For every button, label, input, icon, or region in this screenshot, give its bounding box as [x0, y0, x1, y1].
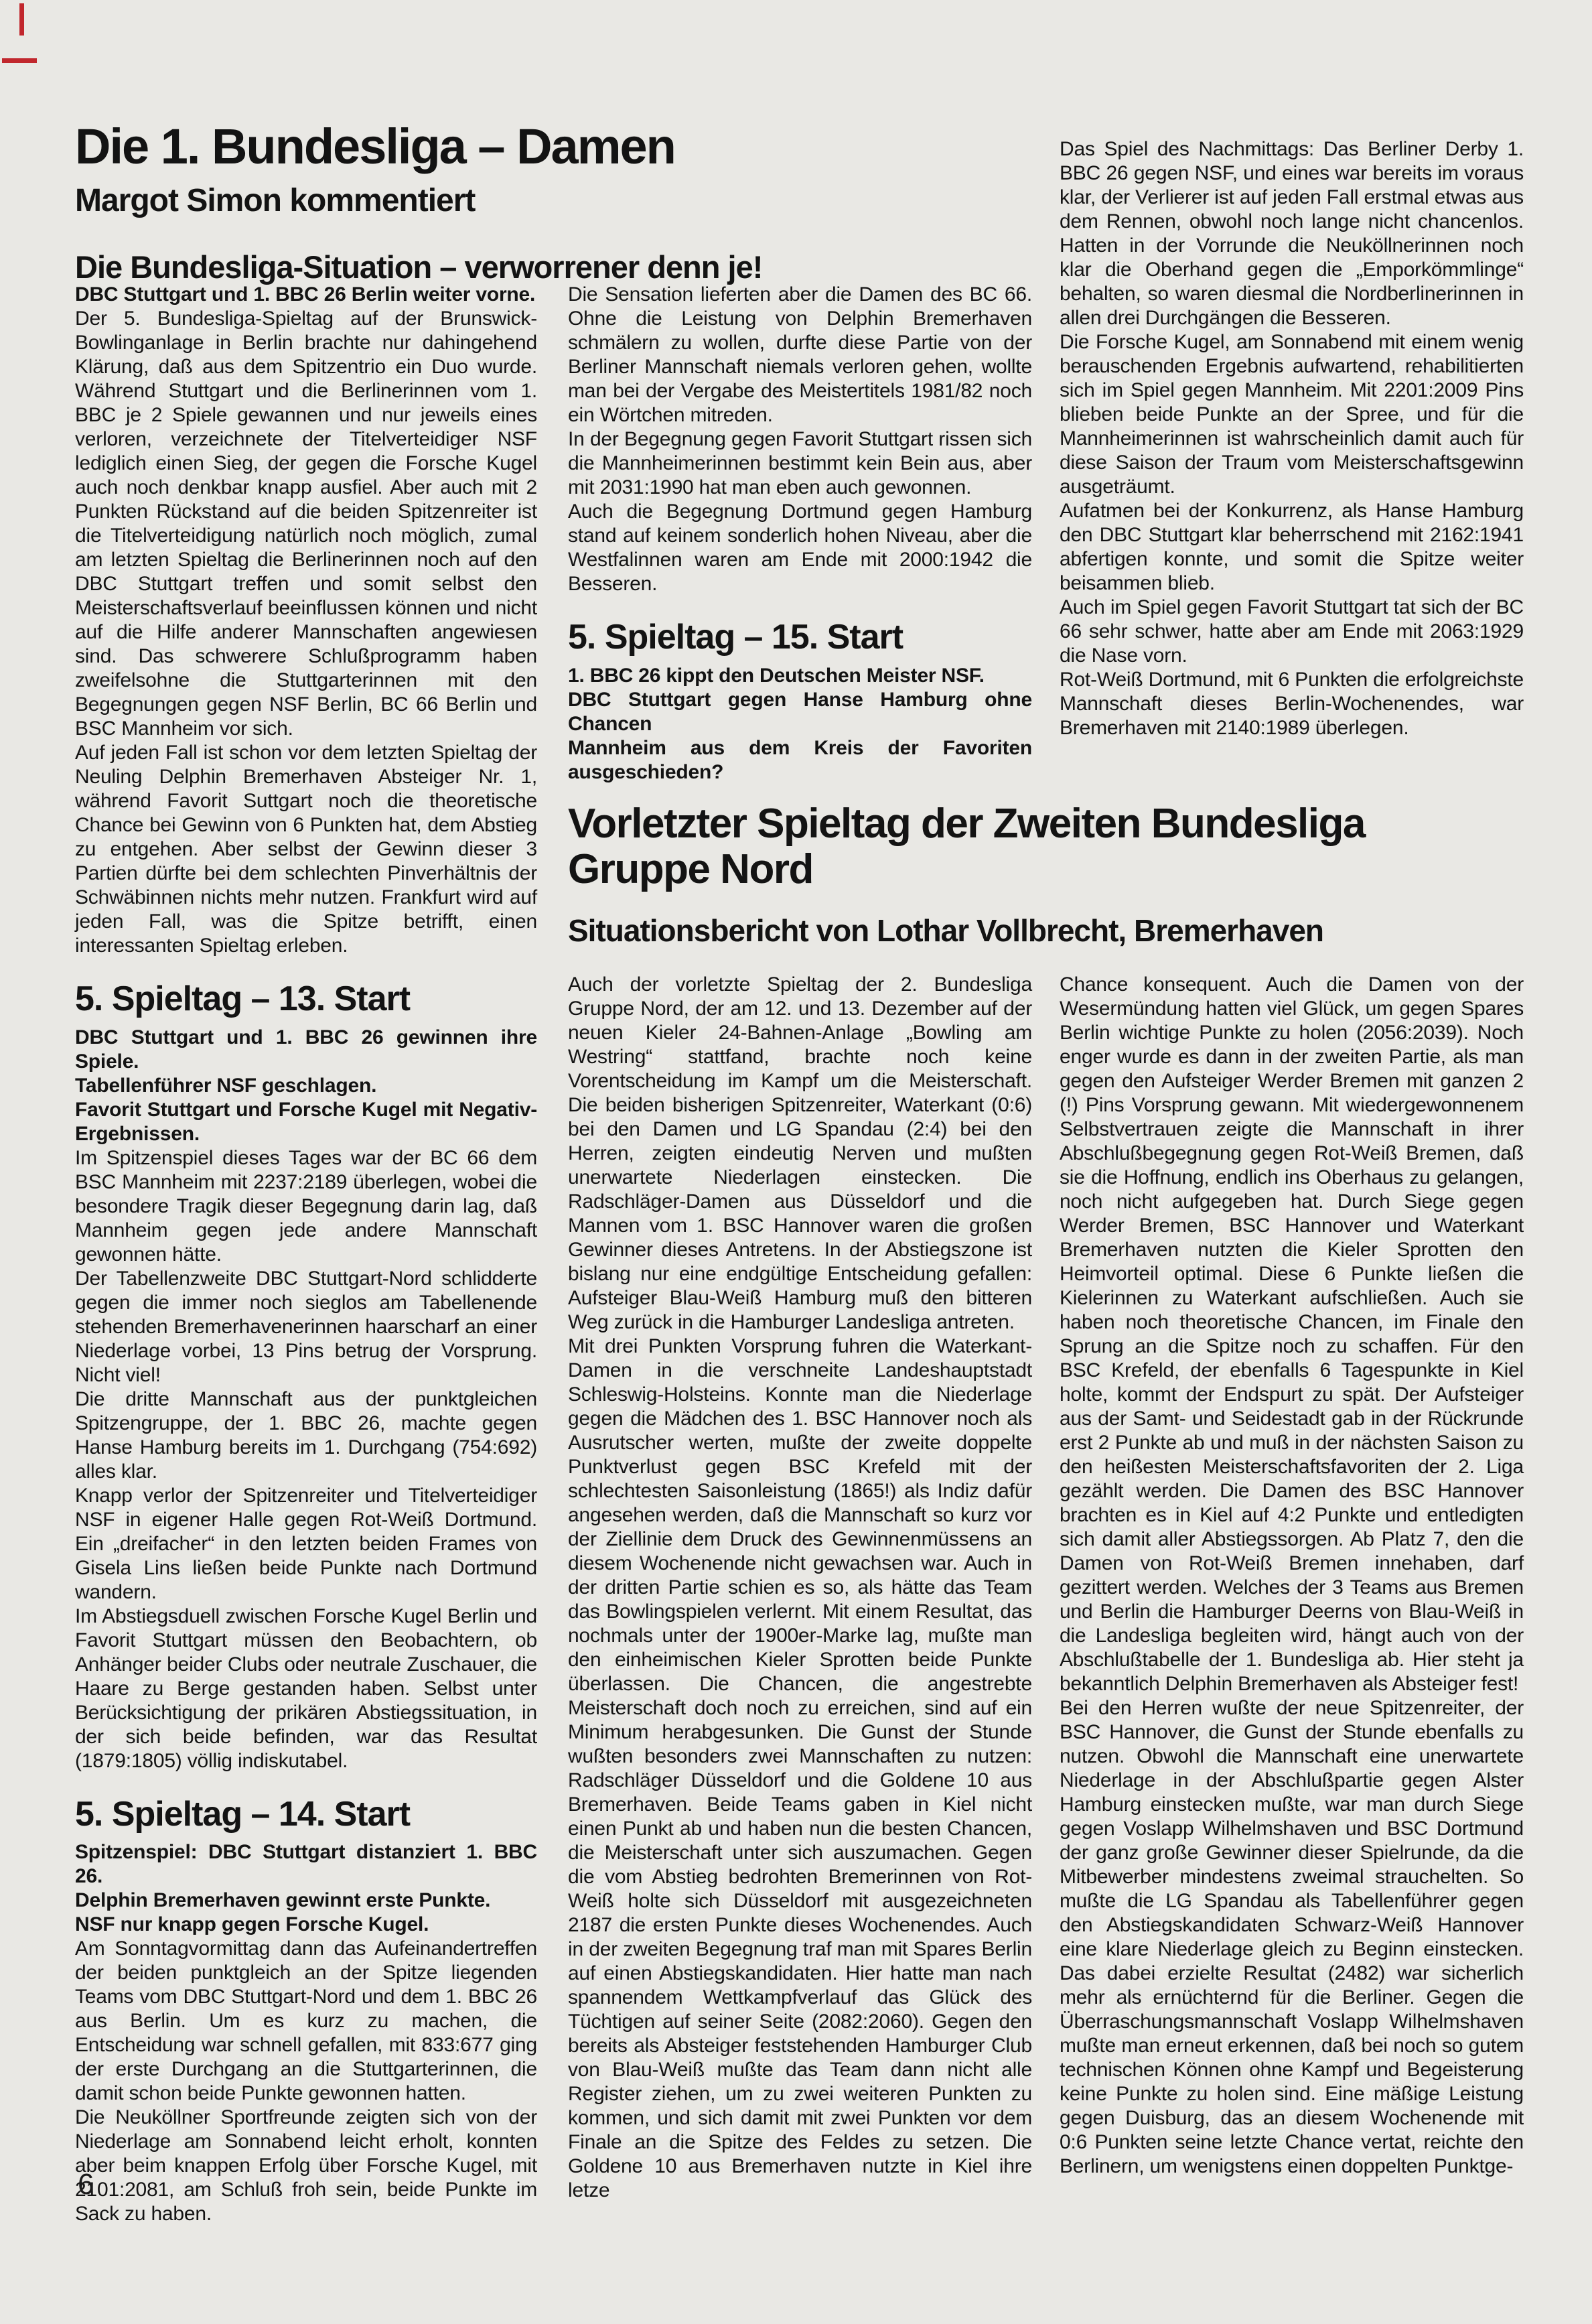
article1-masthead: Die 1. Bundesliga – Damen Margot Simon k… [75, 122, 1033, 285]
column-middle-bottom: Auch der vorletzte Spieltag der 2. Bunde… [568, 973, 1032, 2203]
article1-title: Die 1. Bundesliga – Damen [75, 122, 1033, 172]
lead-paragraph: Spitzenspiel: DBC Stuttgart distanziert … [75, 1840, 537, 1889]
paragraph: Bei den Herren wußte der neue Spitzenrei… [1060, 1696, 1524, 2179]
paragraph: Auch der vorletzte Spieltag der 2. Bunde… [568, 973, 1032, 1335]
lead-paragraph: Mannheim aus dem Kreis der Favoriten aus… [568, 736, 1032, 784]
paragraph: Der 5. Bundesliga-Spieltag auf der Bruns… [75, 307, 537, 741]
article2-byline: Situationsbericht von Lothar Vollbrecht,… [568, 912, 1532, 949]
paragraph: Rot-Weiß Dortmund, mit 6 Punkten die erf… [1060, 668, 1524, 740]
lead-paragraph: DBC Stuttgart und 1. BBC 26 gewinnen ihr… [75, 1026, 537, 1074]
magazine-page: { "page": { "number": "6" }, "colors": {… [0, 0, 1592, 2324]
column-middle-top: Die Sensation lieferten aber die Damen d… [568, 283, 1032, 784]
paragraph: Am Sonntagvormittag dann das Aufeinander… [75, 1937, 537, 2106]
lead-paragraph: Tabellenführer NSF geschlagen. [75, 1074, 537, 1098]
paragraph: Die Forsche Kugel, am Sonnabend mit eine… [1060, 330, 1524, 499]
paragraph: Aufatmen bei der Konkurrenz, als Hanse H… [1060, 499, 1524, 596]
article1-byline: Margot Simon kommentiert [75, 182, 1033, 219]
section-heading-spieltag-14: 5. Spieltag – 14. Start [75, 1796, 537, 1833]
section-heading-spieltag-13: 5. Spieltag – 13. Start [75, 981, 537, 1018]
crop-mark-vertical [19, 3, 24, 36]
article2-title-line2: Gruppe Nord [568, 847, 1532, 892]
paragraph: Im Spitzenspiel dieses Tages war der BC … [75, 1146, 537, 1267]
paragraph: Im Abstiegsduell zwischen Forsche Kugel … [75, 1604, 537, 1773]
paragraph: In der Begegnung gegen Favorit Stuttgart… [568, 427, 1032, 500]
paragraph: Die dritte Mannschaft aus der punktgleic… [75, 1387, 537, 1484]
paragraph: Auch die Begegnung Dortmund gegen Hambur… [568, 500, 1032, 596]
article1-subtitle: Die Bundesliga-Situation – verworrener d… [75, 249, 1033, 285]
paragraph: Auch im Spiel gegen Favorit Stuttgart ta… [1060, 596, 1524, 668]
lead-paragraph: Delphin Bremerhaven gewinnt erste Punkte… [75, 1889, 537, 1913]
lead-paragraph: NSF nur knapp gegen Forsche Kugel. [75, 1913, 537, 1937]
paragraph: Mit drei Punkten Vorsprung fuhren die Wa… [568, 1335, 1032, 2203]
paragraph: Das Spiel des Nachmittags: Das Berliner … [1060, 137, 1524, 330]
paragraph: Knapp verlor der Spitzenreiter und Titel… [75, 1484, 537, 1604]
crop-mark-horizontal [2, 58, 37, 63]
paragraph: Die Neuköllner Sportfreunde zeigten sich… [75, 2106, 537, 2226]
paragraph: Chance konsequent. Auch die Damen von de… [1060, 973, 1524, 1696]
lead-paragraph: DBC Stuttgart gegen Hanse Hamburg ohne C… [568, 688, 1032, 736]
lead-paragraph: Favorit Stuttgart und Forsche Kugel mit … [75, 1098, 537, 1146]
article2-masthead: Vorletzter Spieltag der Zweiten Bundesli… [568, 801, 1532, 949]
column-left: DBC Stuttgart und 1. BBC 26 Berlin weite… [75, 283, 537, 2226]
article2-title-line1: Vorletzter Spieltag der Zweiten Bundesli… [568, 801, 1532, 847]
column-right-bottom: Chance konsequent. Auch die Damen von de… [1060, 973, 1524, 2179]
paragraph: Die Sensation lieferten aber die Damen d… [568, 283, 1032, 427]
section-heading-spieltag-15: 5. Spieltag – 15. Start [568, 619, 1032, 656]
paragraph: Der Tabellenzweite DBC Stuttgart-Nord sc… [75, 1267, 537, 1387]
lead-paragraph: DBC Stuttgart und 1. BBC 26 Berlin weite… [75, 283, 537, 307]
column-right-top: Das Spiel des Nachmittags: Das Berliner … [1060, 137, 1524, 740]
paragraph: Auf jeden Fall ist schon vor dem letzten… [75, 741, 537, 958]
page-number: 6 [78, 2168, 94, 2201]
lead-paragraph: 1. BBC 26 kippt den Deutschen Meister NS… [568, 664, 1032, 688]
